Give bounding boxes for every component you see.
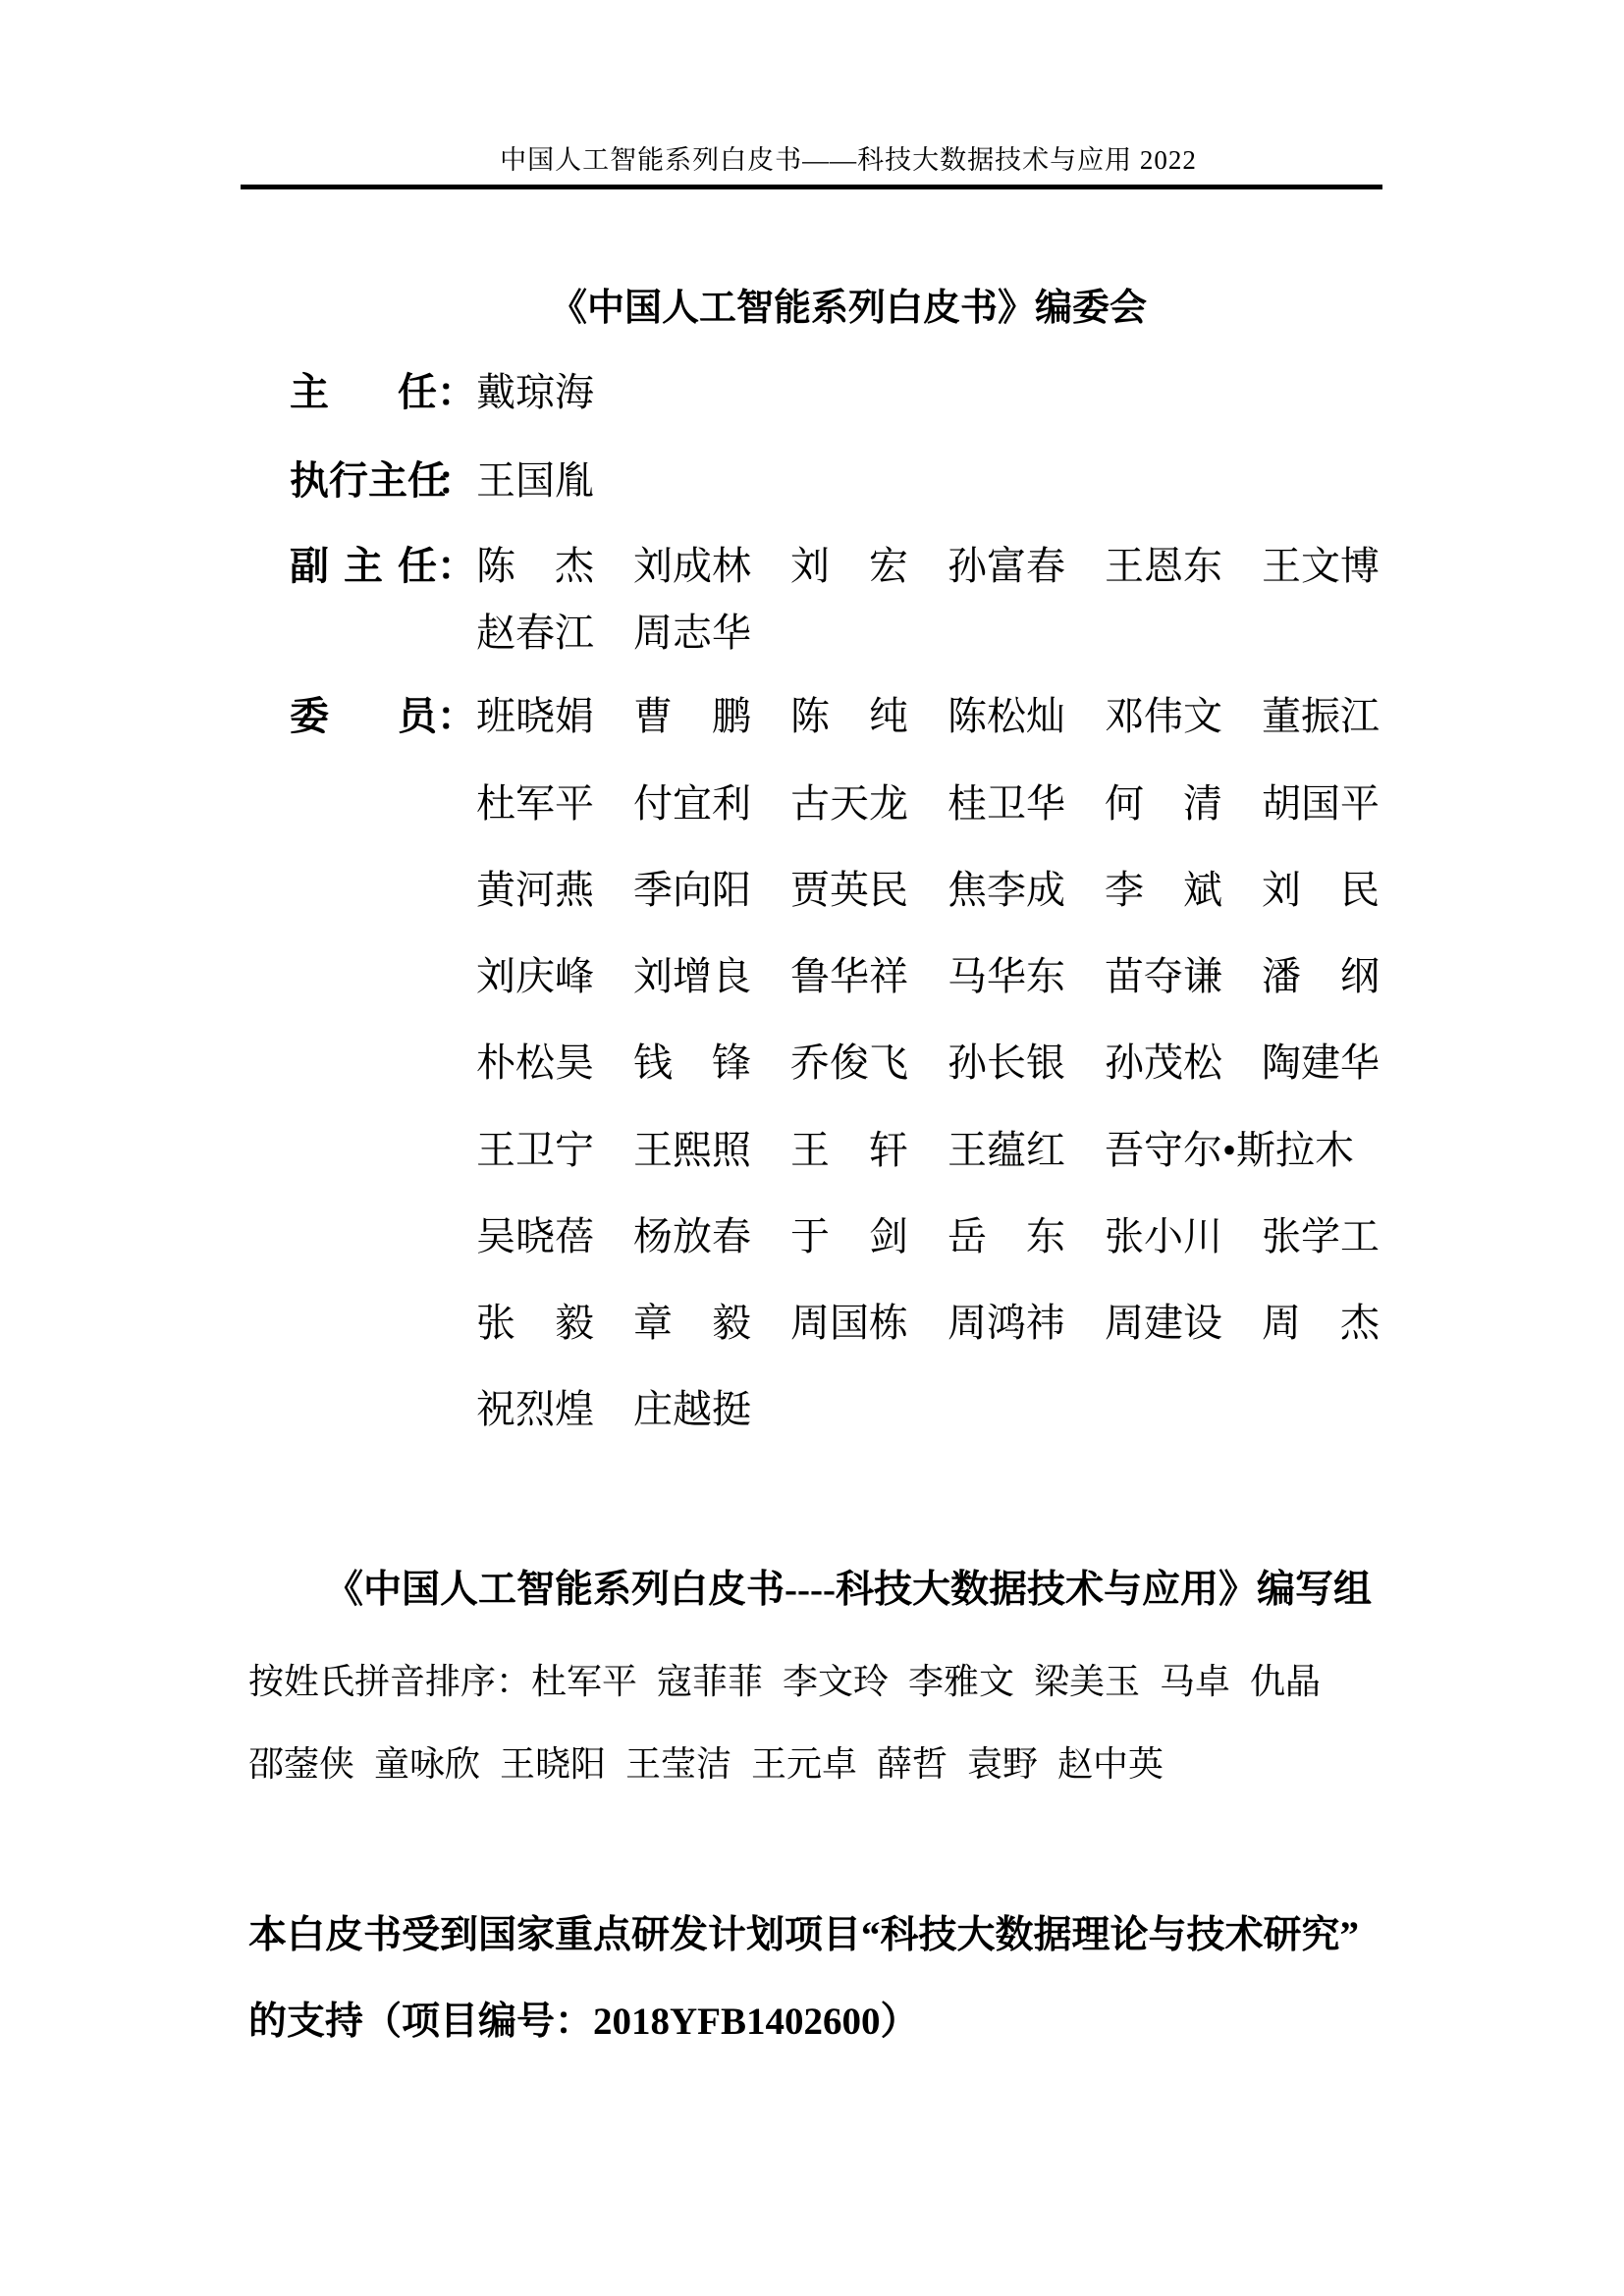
member-names: 刘庆峰 刘增良 鲁华祥 马华东 苗夺谦 潘 纲 <box>476 954 1380 998</box>
committee-row-members-5: 朴松昊 钱 锋 乔俊飞 孙长银 孙茂松 陶建华 <box>290 1041 1447 1086</box>
label-colon: ： <box>437 458 476 504</box>
role-label <box>290 1214 476 1258</box>
member-names: 王卫宁 王熙照 王 轩 王蕴红 吾守尔•斯拉木 <box>476 1128 1354 1172</box>
committee-row-members-4: 刘庆峰 刘增良 鲁华祥 马华东 苗夺谦 潘 纲 <box>290 954 1447 999</box>
role-label <box>290 611 476 655</box>
member-names: 班晓娟 曹 鹏 陈 纯 陈松灿 邓伟文 董振江 <box>476 694 1380 738</box>
member-names: 黄河燕 季向阳 贾英民 焦李成 李 斌 刘 民 <box>476 868 1380 912</box>
role-label <box>290 868 476 912</box>
role-label: 副主任： <box>290 544 476 588</box>
role-label: 执行主任： <box>290 458 476 503</box>
writing-group-names-line-2: 邵蓥侠 童咏欣 王晓阳 王莹洁 王元卓 薛哲 袁野 赵中英 <box>248 1741 1446 1787</box>
committee-row-director: 主任：戴琼海 <box>290 370 1447 415</box>
writing-group-names-line-1: 按姓氏拼音排序：杜军平 寇菲菲 李文玲 李雅文 梁美玉 马卓 仇晶 <box>248 1659 1446 1704</box>
member-names: 吴晓蓓 杨放春 于 剑 岳 东 张小川 张学工 <box>476 1214 1380 1258</box>
committee-row-exec-director: 执行主任：王国胤 <box>290 458 1447 504</box>
committee-row-members-8: 张 毅 章 毅 周国栋 周鸿祎 周建设 周 杰 <box>290 1301 1447 1346</box>
header-rule <box>241 185 1382 189</box>
writing-group-title: 《中国人工智能系列白皮书----科技大数据技术与应用》编写组 <box>250 1568 1446 1613</box>
document-page: 中国人工智能系列白皮书——科技大数据技术与应用 2022 《中国人工智能系列白皮… <box>0 0 1624 2296</box>
committee-row-members-6: 王卫宁 王熙照 王 轩 王蕴红 吾守尔•斯拉木 <box>290 1128 1447 1173</box>
member-names: 杜军平 付宜利 古天龙 桂卫华 何 清 胡国平 <box>476 781 1380 826</box>
running-header: 中国人工智能系列白皮书——科技大数据技术与应用 2022 <box>250 143 1446 177</box>
funding-note-line-2: 的支持（项目编号：2018YFB1402600） <box>248 1999 1446 2046</box>
member-names: 王国胤 <box>476 458 594 503</box>
member-names: 陈 杰 刘成林 刘 宏 孙富春 王恩东 王文博 <box>476 544 1380 588</box>
role-label: 主任： <box>290 370 476 414</box>
role-label <box>290 954 476 998</box>
role-label <box>290 1128 476 1172</box>
committee-title: 《中国人工智能系列白皮书》编委会 <box>250 286 1446 331</box>
role-label <box>290 1041 476 1085</box>
role-label <box>290 781 476 826</box>
label-colon: ： <box>437 694 476 739</box>
label-colon: ： <box>437 544 476 589</box>
committee-row-members-2: 杜军平 付宜利 古天龙 桂卫华 何 清 胡国平 <box>290 781 1447 827</box>
role-label <box>290 1387 476 1431</box>
member-names: 朴松昊 钱 锋 乔俊飞 孙长银 孙茂松 陶建华 <box>476 1041 1380 1085</box>
member-names: 赵春江 周志华 <box>476 611 751 655</box>
committee-row-members-9: 祝烈煌 庄越挺 <box>290 1387 1447 1432</box>
funding-note-line-1: 本白皮书受到国家重点研发计划项目“科技大数据理论与技术研究” <box>248 1912 1446 1959</box>
committee-row-members-7: 吴晓蓓 杨放春 于 剑 岳 东 张小川 张学工 <box>290 1214 1447 1259</box>
label-colon: ： <box>437 370 476 415</box>
member-names: 戴琼海 <box>476 370 594 414</box>
committee-row-members-3: 黄河燕 季向阳 贾英民 焦李成 李 斌 刘 民 <box>290 868 1447 913</box>
committee-row-members-1: 委员：班晓娟 曹 鹏 陈 纯 陈松灿 邓伟文 董振江 <box>290 694 1447 739</box>
role-label: 委员： <box>290 694 476 738</box>
member-names: 张 毅 章 毅 周国栋 周鸿祎 周建设 周 杰 <box>476 1301 1380 1345</box>
committee-row-deputy-directors-cont: 赵春江 周志华 <box>290 611 1447 656</box>
member-names: 祝烈煌 庄越挺 <box>476 1387 751 1431</box>
role-label <box>290 1301 476 1345</box>
committee-row-deputy-directors: 副主任：陈 杰 刘成林 刘 宏 孙富春 王恩东 王文博 <box>290 544 1447 589</box>
